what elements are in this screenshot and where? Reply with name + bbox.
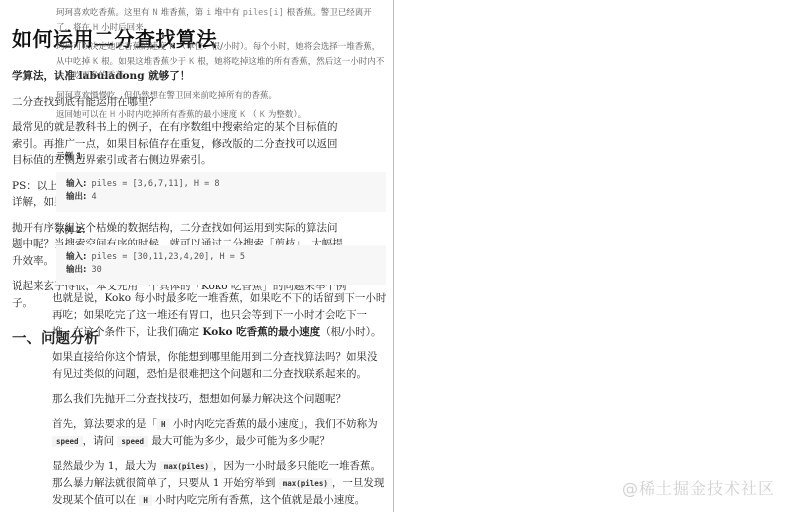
text: 根。如果这堆香蕉少于 bbox=[101, 57, 186, 67]
example-input-line: 输入: piles = [3,6,7,11], H = 8 bbox=[66, 178, 386, 191]
emphasis: Koko 吃香蕉的最小速度 bbox=[202, 326, 320, 338]
inline-code: K bbox=[186, 57, 197, 67]
watermark: @稀土掘金技术社区 bbox=[622, 476, 775, 499]
output-label: 输出: bbox=[66, 192, 86, 202]
text: 小时内吃完所有香蕉，这个值就是最小速度。 bbox=[152, 494, 365, 506]
analysis-content: 也就是说，Koko 每小时最多吃一堆香蕉，如果吃不下的话留到下一小时再吃；如果吃… bbox=[52, 290, 387, 512]
right-page bbox=[395, 0, 787, 512]
inline-code: K bbox=[237, 110, 248, 120]
text: 小时后回来。 bbox=[101, 23, 152, 33]
output-value: 4 bbox=[86, 192, 96, 202]
paragraph: 首先，算法要求的是「H 小时内吃完香蕉的最小速度」，我们不妨称为 speed，请… bbox=[52, 416, 387, 450]
problem-statement: 珂珂喜欢吃香蕉。这里有N堆香蕉，第i堆中有piles[i]根香蕉。警卫已经离开了… bbox=[56, 6, 386, 128]
input-value: piles = [30,11,23,4,20], H = 5 bbox=[86, 252, 245, 262]
output-value: 30 bbox=[86, 265, 101, 275]
example-input-line: 输入: piles = [30,11,23,4,20], H = 5 bbox=[66, 251, 386, 264]
example-2-label: 示例 2： bbox=[56, 224, 90, 236]
text: 首先，算法要求的是「 bbox=[52, 418, 157, 430]
problem-paragraph: 返回她可以在H小时内吃掉所有香蕉的最小速度K（K为整数）。 bbox=[56, 108, 386, 123]
text: 返回她可以在 bbox=[56, 110, 107, 120]
text: （ bbox=[248, 110, 257, 120]
text: （根/小时）。 bbox=[320, 326, 381, 338]
example-1-code-block: 输入: piles = [3,6,7,11], H = 8 输出: 4 bbox=[56, 172, 386, 212]
inline-code: max(piles) bbox=[279, 478, 332, 489]
paragraph: 那么我们先抛开二分查找技巧，想想如何暴力解决这个问题呢？ bbox=[52, 391, 387, 408]
inline-code: speed bbox=[117, 436, 148, 447]
inline-code: K bbox=[90, 57, 101, 67]
text: 堆香蕉，第 bbox=[161, 8, 204, 18]
input-label: 输入: bbox=[66, 252, 86, 262]
input-value: piles = [3,6,7,11], H = 8 bbox=[86, 179, 219, 189]
inline-code: H bbox=[107, 110, 118, 120]
text: 最大可能为多少，最少可能为多少呢？ bbox=[148, 435, 330, 447]
inline-code: speed bbox=[52, 436, 83, 447]
problem-paragraph: 珂珂喜欢慢慢吃，但仍然想在警卫回来前吃掉所有的香蕉。 bbox=[56, 89, 386, 104]
text: ，请问 bbox=[83, 435, 118, 447]
problem-paragraph: 珂珂喜欢吃香蕉。这里有N堆香蕉，第i堆中有piles[i]根香蕉。警卫已经离开了… bbox=[56, 6, 386, 35]
text: 显然最少为 1，最大为 bbox=[52, 460, 160, 472]
paragraph: 如果直接给你这个情景，你能想到哪里能用到二分查找算法吗？如果没有见过类似的问题，… bbox=[52, 349, 387, 383]
text: 堆中有 bbox=[214, 8, 240, 18]
inline-code: piles[i] bbox=[240, 8, 287, 18]
inline-code: max(piles) bbox=[160, 461, 213, 472]
paragraph: 也就是说，Koko 每小时最多吃一堆香蕉，如果吃不下的话留到下一小时再吃；如果吃… bbox=[52, 290, 387, 341]
text: 小时内吃掉所有香蕉的最小速度 bbox=[118, 110, 237, 120]
inline-code: K bbox=[257, 110, 268, 120]
inline-code: H bbox=[90, 23, 101, 33]
inline-code: i bbox=[203, 8, 214, 18]
input-label: 输入: bbox=[66, 179, 86, 189]
inline-code: K bbox=[167, 42, 178, 52]
inline-code: H bbox=[157, 419, 170, 430]
paragraph: 显然最少为 1，最大为 max(piles)，因为一小时最多只能吃一堆香蕉。那么… bbox=[52, 458, 387, 509]
problem-paragraph: 珂珂可以决定她吃香蕉的速度K（单位：根/小时）。每个小时，她将会选择一堆香蕉，从… bbox=[56, 40, 386, 84]
text: 为整数）。 bbox=[268, 110, 306, 120]
text: 珂珂可以决定她吃香蕉的速度 bbox=[56, 42, 167, 52]
example-output-line: 输出: 4 bbox=[66, 191, 386, 204]
inline-code: H bbox=[139, 495, 152, 506]
text: 珂珂喜欢吃香蕉。这里有 bbox=[56, 8, 150, 18]
example-1-label: 示例 1： bbox=[56, 150, 90, 162]
inline-code: N bbox=[150, 8, 161, 18]
example-2-code-block: 输入: piles = [30,11,23,4,20], H = 5 输出: 3… bbox=[56, 245, 386, 285]
text: 小时内吃完香蕉的最小速度」，我们不妨称为 bbox=[170, 418, 378, 430]
output-label: 输出: bbox=[66, 265, 86, 275]
example-output-line: 输出: 30 bbox=[66, 264, 386, 277]
